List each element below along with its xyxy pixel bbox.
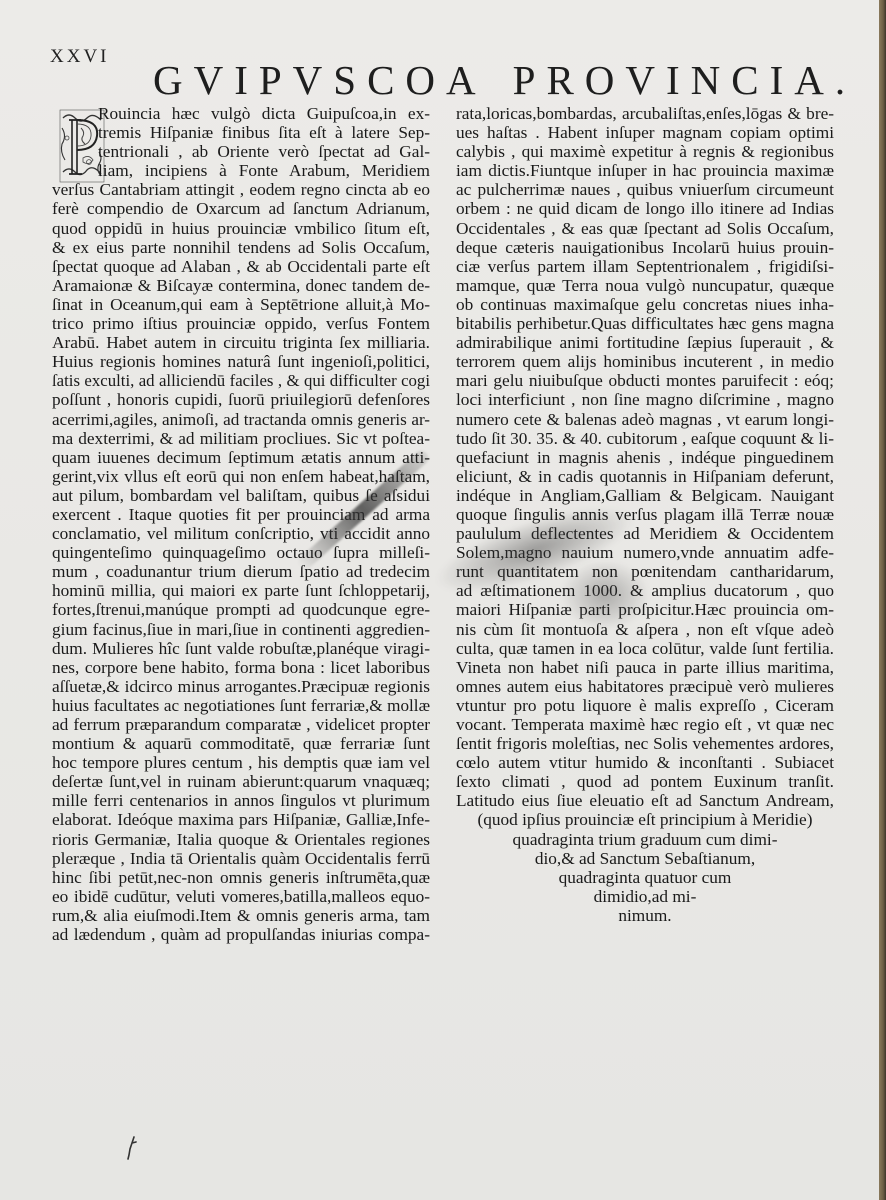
text-line: calybis , qui maximè expetitur à regnis … <box>456 142 834 161</box>
left-column-text: Rouincia hæc vulgò dicta Guipuſcoa,in ex… <box>52 104 430 944</box>
text-line: gerint,vix vllus eſt eorū qui non enſem … <box>52 467 430 486</box>
text-line: deque cæteris nauigationibus Incolarū hu… <box>456 238 834 257</box>
text-line: mari gelu niuibuſque obducti montes paru… <box>456 371 834 390</box>
text-line: ad ferrum præparandum comparatæ , videli… <box>52 715 430 734</box>
text-line-centered: dimidio,ad mi- <box>456 887 834 906</box>
text-line: Rouincia hæc vulgò dicta Guipuſcoa,in ex… <box>52 104 430 123</box>
text-line: quoque ſingulis annis verſus plagam illā… <box>456 505 834 524</box>
text-line: ues haſtas . Habent inſuper magnam copia… <box>456 123 834 142</box>
text-line: vocant. Temperata maximè hæc regio eſt ,… <box>456 715 834 734</box>
text-line: conclamatio, vel militum conſcriptio, vt… <box>52 524 430 543</box>
text-line-centered: (quod ipſius prouinciæ eſt principium à … <box>456 810 834 829</box>
text-line: terrorem quem alijs hominibus incuterent… <box>456 352 834 371</box>
text-line: liam, incipiens à Fonte Arabum, Meridiem <box>52 161 430 180</box>
text-line: deſertæ ſunt,vel in ruinam abierunt:quar… <box>52 772 430 791</box>
text-line: quod oppidū in huius prouinciæ vmbilico … <box>52 219 430 238</box>
text-line: quingenteſimo quinquageſimo octauo ſupra… <box>52 543 430 562</box>
text-line: Aramaionæ & Biſcayæ contermina, donec ta… <box>52 276 430 295</box>
page-title: GVIPVSCOAPROVINCIA. <box>153 56 856 104</box>
text-line: nes, corpore bene habito, forma bona : l… <box>52 658 430 677</box>
text-line: ad lædendum , quàm ad propulſandas iniur… <box>52 925 430 944</box>
right-column-text: rata,loricas,bombardas, arcubaliſtas,enſ… <box>456 104 834 925</box>
text-line: indéque in Angliam,Galliam & Belgicam. N… <box>456 486 834 505</box>
text-line: ciæ verſus partem illam Septentrionalem … <box>456 257 834 276</box>
text-line: fortes,ſtrenui,manúque prompti ad quodcu… <box>52 600 430 619</box>
title-word-guipuscoa: GVIPVSCOA <box>153 57 487 103</box>
text-line: quefaciunt in magnis ahenis , indéque pi… <box>456 448 834 467</box>
text-line: Arabū. Habet autem in circuitu triginta … <box>52 333 430 352</box>
margin-ink-mark-icon <box>126 1135 138 1161</box>
text-line: cœlo autem vtitur humido & inconſtanti .… <box>456 753 834 772</box>
text-line-centered: dio,& ad Sanctum Sebaſtianum, <box>456 849 834 868</box>
text-line-centered: quadraginta quatuor cum <box>456 868 834 887</box>
text-line: tudo ſit 30. 35. & 40. cubitorum , eaſqu… <box>456 429 834 448</box>
text-line: ſinat in Oceanum,qui eam à Septētrione a… <box>52 295 430 314</box>
text-line: Vineta non habet niſi pauca in parte ill… <box>456 658 834 677</box>
text-line: ſatis exculti, ad alliciendū faciles , &… <box>52 371 430 390</box>
text-line: pleræque , India tā Orientalis quàm Occi… <box>52 849 430 868</box>
text-line: iam dictis.Fiuntque inſuper in hac proui… <box>456 161 834 180</box>
text-line: rum,& alia eiuſmodi.Item & omnis generis… <box>52 906 430 925</box>
ink-smudge <box>560 560 650 630</box>
text-line: numero cete & balenas adeò magnas , vt e… <box>456 410 834 429</box>
text-line: verſus Cantabriam attingit , eodem regno… <box>52 180 430 199</box>
text-line: mille ferri centenarios in annos ſingulo… <box>52 791 430 810</box>
text-line: aſſuetæ,& idcirco minus arrogantes.Præci… <box>52 677 430 696</box>
book-page: XXVI GVIPVSCOAPROVINCIA. Rouincia hæc vu… <box>0 0 879 1200</box>
text-line: gium facinus,ſiue in mari,ſiue in contin… <box>52 620 430 639</box>
text-line-centered: quadraginta trium graduum cum dimi- <box>456 830 834 849</box>
text-line: eo ibidē cudūtur, veluti vomeres,batilla… <box>52 887 430 906</box>
text-line: rata,loricas,bombardas, arcubaliſtas,enſ… <box>456 104 834 123</box>
text-line: ſexto climati , quod ad pontem Euxinum t… <box>456 772 834 791</box>
text-line: Occidentales , & eas quæ ſpectant ad Sol… <box>456 219 834 238</box>
text-line: ma dexterrimi, & ad militiam procliues. … <box>52 429 430 448</box>
text-line: dum. Mulieres hîc ſunt valde robuſtæ,pla… <box>52 639 430 658</box>
text-line: quam iuuenes decimum ſeptimum ætatis ann… <box>52 448 430 467</box>
text-line: ſentit frigoris moleſtias, nec Solis veh… <box>456 734 834 753</box>
text-line: ac pulcherrimæ naues , quibus vniuerſum … <box>456 180 834 199</box>
text-line: omnes autem eius habitatores præcipuè ve… <box>456 677 834 696</box>
text-line: tentrionali , ab Oriente verò ſpectat ad… <box>52 142 430 161</box>
text-line: culta, quæ tamen in ea loca colūtur, val… <box>456 639 834 658</box>
text-line: ſpectat quoque ad Alaban , & ab Occident… <box>52 257 430 276</box>
title-word-provincia: PROVINCIA. <box>513 57 857 103</box>
text-line: montium & aquarū commoditatē, quæ ferrar… <box>52 734 430 753</box>
text-line: mamque, quæ Terra noua vulgò nuncupatur,… <box>456 276 834 295</box>
text-line: mum , coadunantur trium dierum ſpatio ad… <box>52 562 430 581</box>
text-line: huius facultates ac negotiationes ſunt f… <box>52 696 430 715</box>
text-line: ferè compendio de Oxarcum ad ſanctum Adr… <box>52 199 430 218</box>
text-line: acerrimi,agiles, animoſi, ad tractanda o… <box>52 410 430 429</box>
text-line: rioris Germaniæ, Italia quoque & Orienta… <box>52 830 430 849</box>
text-line: orbem : ne quid dicam de longo illo itin… <box>456 199 834 218</box>
text-line: hominū millia, qui maiori ex parte ſunt … <box>52 581 430 600</box>
text-line: Latitudo eius ſiue eleuatio eſt ad Sanct… <box>456 791 834 810</box>
text-line: Huius regionis homines naturâ ſunt ingen… <box>52 352 430 371</box>
text-line: tremis Hiſpaniæ finibus ſita eſt à later… <box>52 123 430 142</box>
text-line: elaborat. Ideóque maxima pars Hiſpaniæ, … <box>52 810 430 829</box>
text-line: admirabilique animi fortitudine ſæpius ſ… <box>456 333 834 352</box>
folio-number: XXVI <box>50 46 110 68</box>
text-line-centered: nimum. <box>456 906 834 925</box>
text-line: & ex eius parte nonnihil tendens ad Soli… <box>52 238 430 257</box>
text-line: vtuntur pro potu liquore è malis expreſſ… <box>456 696 834 715</box>
text-line: ob continuas maximaſque gelu concretas n… <box>456 295 834 314</box>
text-line: trico primo iſtius prouinciæ oppido, ver… <box>52 314 430 333</box>
text-line: eliciunt, & in cadis quotannis in Hiſpan… <box>456 467 834 486</box>
text-line: hinc ſibi petūt,nec-non omnis generis in… <box>52 868 430 887</box>
text-line: hoc tempore plures centum , his demptis … <box>52 753 430 772</box>
text-line: poſſunt , honoris cupidi, ſuorū priuileg… <box>52 390 430 409</box>
page-edge <box>879 0 886 1200</box>
text-line: bitabilis perhibetur.Quas difficultates … <box>456 314 834 333</box>
text-line: loci interficiunt , non ſine magno diſcr… <box>456 390 834 409</box>
